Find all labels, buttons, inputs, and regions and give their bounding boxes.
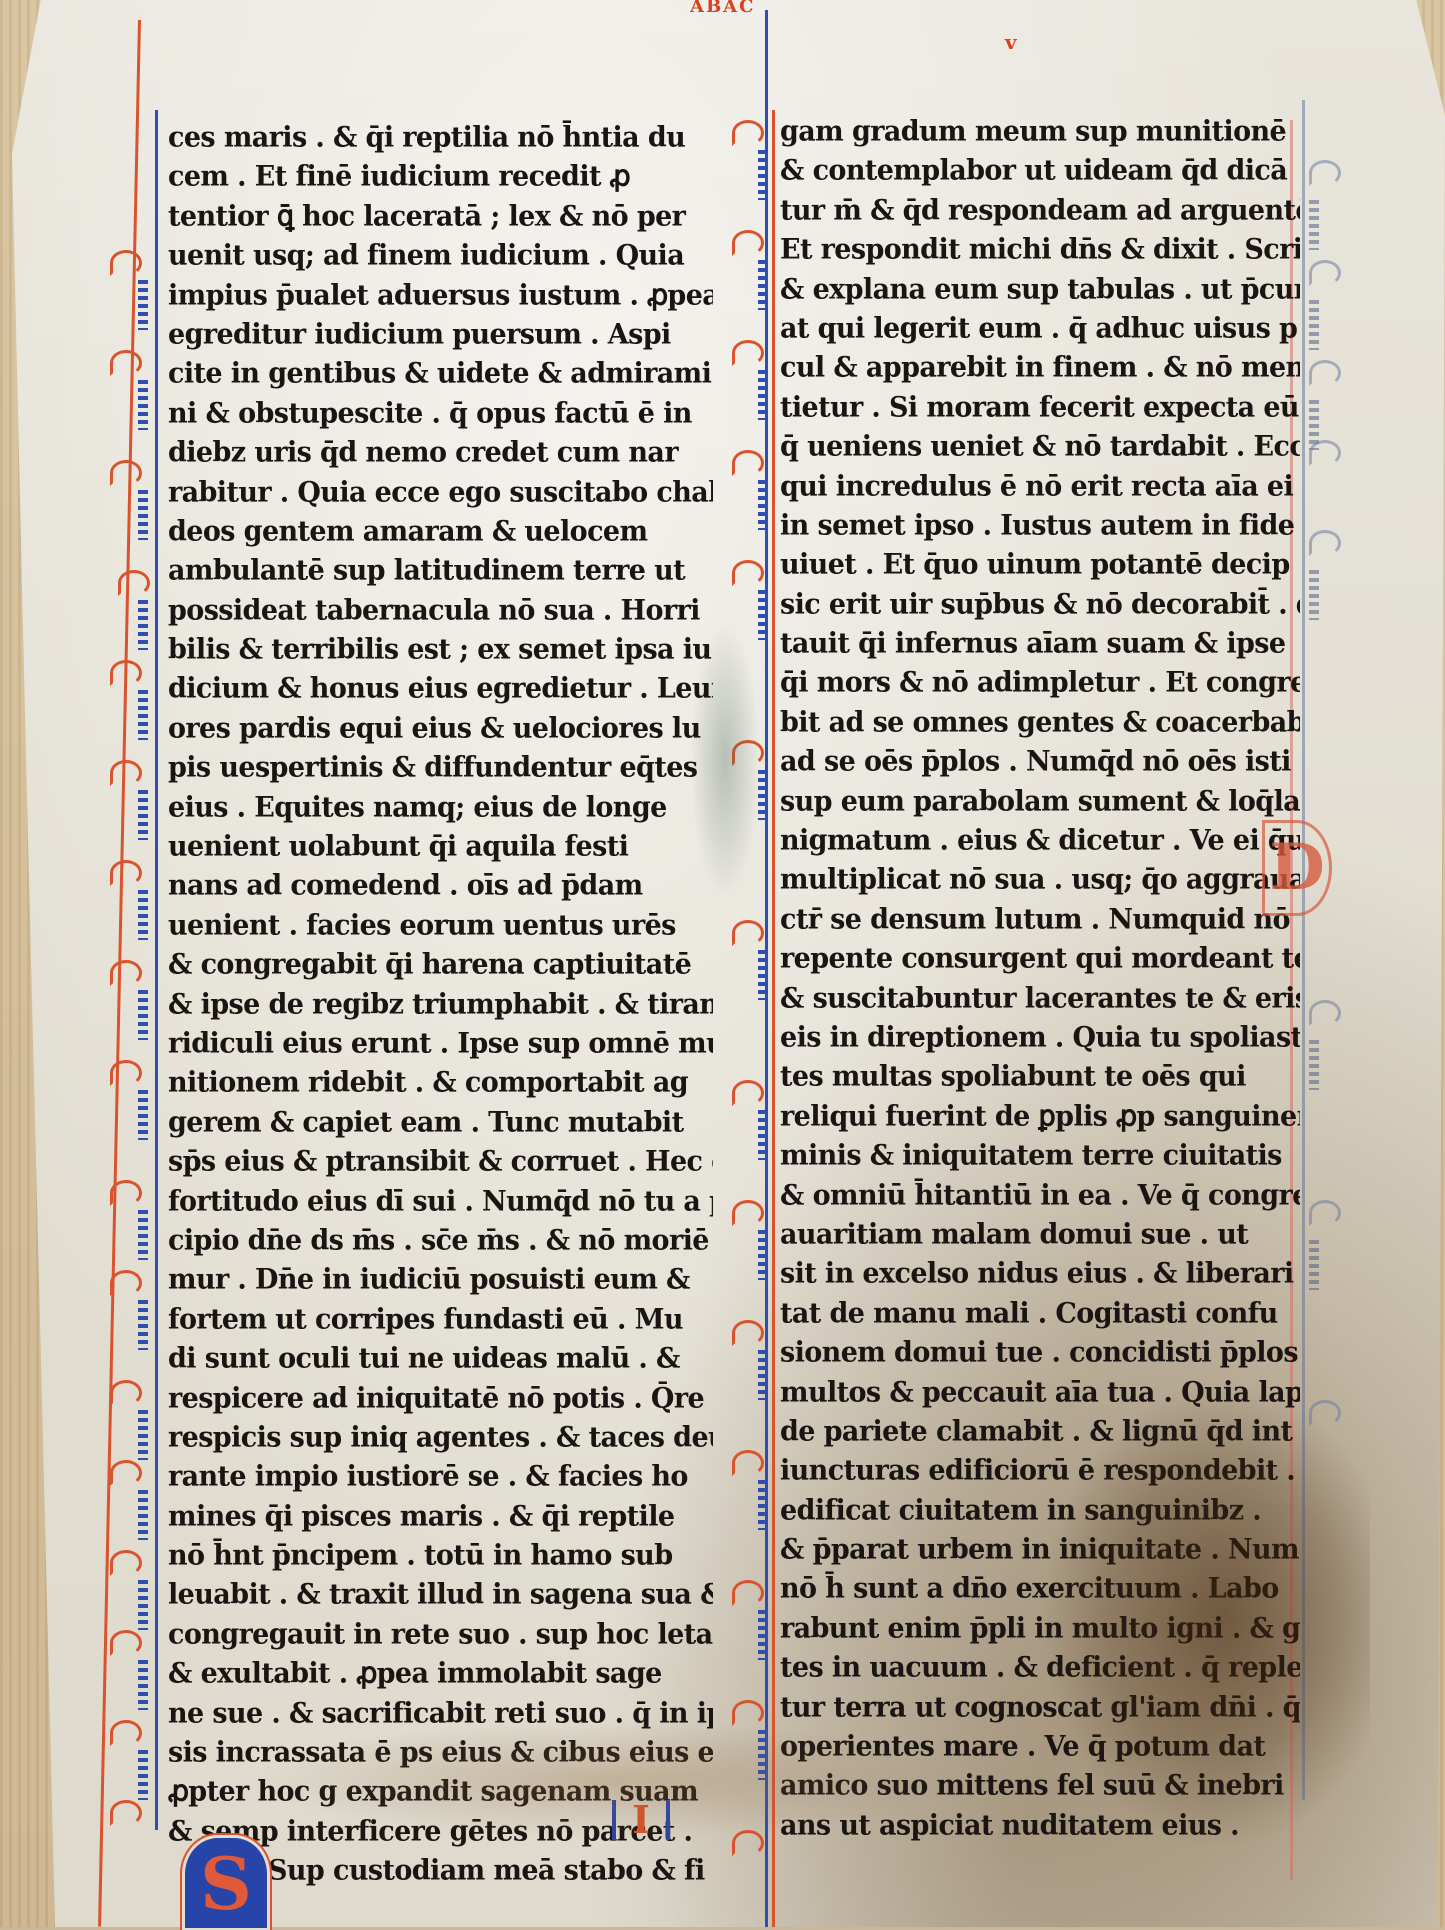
text-line: mines q̄i pisces maris . & q̄i reptile bbox=[168, 1496, 713, 1537]
text-line: cem . Et finē iudicium recedit ꝓ bbox=[168, 156, 713, 197]
text-line: sic erit uir sup̄bus & nō decorabit̄ . q… bbox=[780, 584, 1300, 625]
text-line: amico suo mittens fel suū & inebri bbox=[780, 1765, 1300, 1806]
text-line: tat de manu mali . Cogitasti confu bbox=[780, 1293, 1300, 1334]
running-rubric: ABAC bbox=[690, 0, 910, 18]
text-line: respicis sup iniq agentes . & taces deuo bbox=[168, 1417, 713, 1458]
text-line: uenient uolabunt q̄i aquila festi bbox=[168, 826, 713, 867]
text-line: & exultabit . ꝓpea immolabit sage bbox=[168, 1653, 713, 1694]
text-line: eis in direptionem . Quia tu spoliasti g… bbox=[780, 1017, 1300, 1058]
text-line: tauit q̄i infernus aīam suam & ipse bbox=[780, 623, 1300, 664]
text-line: bit ad se omnes gentes & coacerbabit bbox=[780, 702, 1300, 743]
text-line: sup eum parabolam sument & loq̄lam e bbox=[780, 781, 1300, 822]
text-line: tes in uacuum . & deficient . q̄ replebi bbox=[780, 1647, 1300, 1688]
text-line: fortitudo eius dī sui . Numq̄d nō tu a p… bbox=[168, 1181, 713, 1222]
text-line: in semet ipso . Iustus autem in fide bbox=[780, 505, 1300, 546]
text-line: fortem ut corripes fundasti eū . Mu bbox=[168, 1299, 713, 1340]
text-line: gerem & capiet eam . Tunc mutabit bbox=[168, 1102, 713, 1143]
text-line: iuncturas edificiorū ē respondebit . Ve … bbox=[780, 1450, 1300, 1491]
text-line: rabunt enim p̄pli in multo igni . & gen bbox=[780, 1608, 1300, 1649]
text-line: dicium & honus eius egredietur . Leui bbox=[168, 668, 713, 709]
text-line: uenient . facies eorum uentus urēs bbox=[168, 905, 713, 946]
text-line: & ipse de regibz triumphabit . & tiranni bbox=[168, 984, 713, 1025]
text-line: & congregabit q̄i harena captiuitatē bbox=[168, 944, 713, 985]
text-line: & p̄parat urbem in iniquitate . Numq̄ bbox=[780, 1529, 1300, 1570]
gutter-penwork-border bbox=[728, 0, 772, 1927]
text-line: diebz uris q̄d nemo credet cum nar bbox=[168, 432, 713, 473]
text-line: repente consurgent qui mordeant te bbox=[780, 938, 1300, 979]
text-line: q̄ ueniens ueniet & nō tardabit . Ecce bbox=[780, 426, 1300, 467]
text-line: ne sue . & sacrificabit reti suo . q̄ in… bbox=[168, 1693, 713, 1734]
left-penwork-border bbox=[108, 0, 152, 1927]
text-line: nō h̄ sunt a dn̄o exercituum . Labo bbox=[780, 1568, 1300, 1609]
text-line: Et respondit michi dn̄s & dixit . Scribe… bbox=[780, 229, 1300, 270]
text-line: egreditur iudicium puersum . Aspi bbox=[168, 314, 713, 355]
text-line: uenit usq; ad finem iudicium . Quia bbox=[168, 235, 713, 276]
text-line: & contemplabor ut uideam q̄d dicā bbox=[780, 150, 1300, 191]
text-line: & omniū h̄itantiū in ea . Ve q̄ congrega… bbox=[780, 1175, 1300, 1216]
text-line: ridiculi eius erunt . Ipse sup omnē mu bbox=[168, 1023, 713, 1064]
text-line: tur terra ut cognoscat gl'iam dn̄i . q̄i… bbox=[780, 1687, 1300, 1728]
text-line: mur . Dn̄e in iudiciū posuisti eum & bbox=[168, 1259, 713, 1300]
text-line: rabitur . Quia ecce ego suscitabo chal bbox=[168, 472, 713, 513]
faint-initial-d: D bbox=[1262, 820, 1332, 916]
text-line: ores pardis equi eius & uelociores lu bbox=[168, 708, 713, 749]
text-line: minis & iniquitatem terre ciuitatis bbox=[780, 1135, 1300, 1176]
text-line: leuabit . & traxit illud in sagena sua & bbox=[168, 1574, 713, 1615]
left-blue-rule bbox=[155, 110, 158, 1830]
text-line: sp̄s eius & ptransibit & corruet . Hec e… bbox=[168, 1141, 713, 1182]
text-line: ans ut aspiciat nuditatem eius . bbox=[780, 1805, 1300, 1845]
text-line: pis uespertinis & diffundentur eq̄tes bbox=[168, 747, 713, 788]
text-line: operientes mare . Ve q̄ potum dat bbox=[780, 1726, 1300, 1767]
text-line: multos & peccauit aīa tua . Quia lapis bbox=[780, 1372, 1300, 1413]
text-line: nitionem ridebit . & comportabit ag bbox=[168, 1062, 713, 1103]
text-line: deos gentem amaram & uelocem bbox=[168, 511, 713, 552]
text-line: q̄i mors & nō adimpletur . Et congrega bbox=[780, 662, 1300, 703]
text-line: cite in gentibus & uidete & admirami bbox=[168, 353, 713, 394]
text-line: multiplicat nō sua . usq; q̄o aggrauat bbox=[780, 859, 1300, 900]
text-line: sionem domui tue . concidisti p̄plos bbox=[780, 1332, 1300, 1373]
decorated-initial-i: I bbox=[612, 1800, 670, 1840]
decorated-initial-s: S bbox=[185, 1838, 267, 1927]
text-line: eius . Equites namq; eius de longe bbox=[168, 787, 713, 828]
text-line: tes multas spoliabunt te oēs qui bbox=[780, 1056, 1300, 1097]
text-line: possideat tabernacula nō sua . Horri bbox=[168, 590, 713, 631]
right-faint-penwork-border bbox=[1305, 0, 1349, 1927]
margin-mark: v bbox=[1005, 30, 1017, 54]
text-line: nigmatum . eius & dicetur . Ve ei q̄ui bbox=[780, 820, 1300, 861]
text-line: ad se oēs p̄plos . Numq̄d nō oēs isti bbox=[780, 741, 1300, 782]
text-line: tentior ꝗ̄ hoc laceratā ; lex & nō per bbox=[168, 196, 713, 237]
left-text-column: ces maris . & q̄i reptilia nō h̄ntia du … bbox=[168, 118, 713, 1891]
text-line: ces maris . & q̄i reptilia nō h̄ntia du bbox=[168, 118, 713, 158]
text-line: respicere ad iniquitatē nō potis . Q̄re … bbox=[168, 1378, 713, 1419]
text-line: auaritiam malam domui sue . ut bbox=[780, 1214, 1300, 1255]
gutter-red-rule bbox=[772, 110, 775, 1927]
text-line: tietur . Si moram fecerit expecta eū . bbox=[780, 387, 1300, 428]
text-line: uiuet . Et q̄uo uinum potantē decip bbox=[780, 544, 1300, 585]
text-line: reliqui fuerint de ꝑplis ꝓp sanguinem ho bbox=[780, 1096, 1300, 1137]
text-line: ctr̄ se densum lutum . Numquid nō bbox=[780, 899, 1300, 940]
right-text-column: gam gradum meum sup munitionē & contempl… bbox=[780, 112, 1300, 1845]
text-line: cipio dn̄e ds m̄s . sc̄e m̄s . & nō mori… bbox=[168, 1220, 713, 1261]
text-line: impius p̄ualet aduersus iustum . ꝓpea bbox=[168, 275, 713, 316]
text-line: qui incredulus ē nō erit recta aīa ei bbox=[780, 466, 1300, 507]
text-line: at qui legerit eum . q̄ adhuc uisus p bbox=[780, 308, 1300, 349]
text-line: de pariete clamabit . & lignū q̄d int bbox=[780, 1411, 1300, 1452]
text-line: edificat ciuitatem in sanguinibz . bbox=[780, 1490, 1300, 1531]
text-line: ni & obstupescite . q̄ opus factū ē in bbox=[168, 393, 713, 434]
text-line: & suscitabuntur lacerantes te & eris bbox=[780, 978, 1300, 1019]
text-line: congregauit in rete suo . sup hoc letabr… bbox=[168, 1614, 713, 1655]
text-line: nans ad comedend . oīs ad p̄dam bbox=[168, 865, 713, 906]
text-line: di sunt oculi tui ne uideas malū . & bbox=[168, 1338, 713, 1379]
text-line: cul & apparebit in finem . & nō men bbox=[780, 347, 1300, 388]
text-line: bilis & terribilis est ; ex semet ipsa i… bbox=[168, 629, 713, 670]
text-line: rante impio iustiorē se . & facies ho bbox=[168, 1456, 713, 1497]
text-line: ambulantē sup latitudinem terre ut bbox=[168, 550, 713, 591]
text-line: sis incrassata ē ps eius & cibus eius el… bbox=[168, 1732, 713, 1773]
text-line: & explana eum sup tabulas . ut p̄curr bbox=[780, 269, 1300, 310]
text-line: sit in excelso nidus eius . & liberari s… bbox=[780, 1253, 1300, 1294]
text-line: tur m̄ & q̄d respondeam ad arguentē me . bbox=[780, 190, 1300, 231]
text-line: gam gradum meum sup munitionē bbox=[780, 112, 1300, 152]
text-line: nō h̄nt p̄ncipem . totū in hamo sub bbox=[168, 1535, 713, 1576]
